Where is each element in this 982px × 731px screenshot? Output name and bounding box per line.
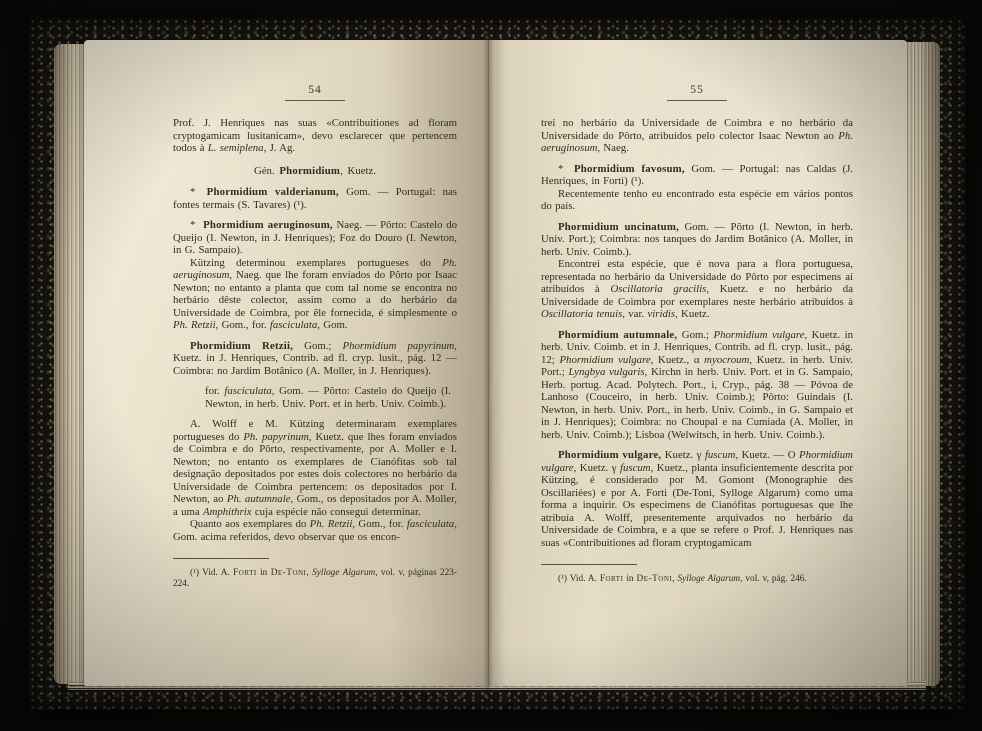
text-segment: Phormidium vulgare bbox=[714, 329, 805, 341]
page-body-left: Prof. J. Henriques nas suas «Contribuiti… bbox=[173, 117, 457, 543]
species-entry: * Phormidium aeruginosum, Naeg. — Pôrto:… bbox=[173, 219, 457, 257]
text-segment: Gom.; bbox=[677, 329, 713, 341]
text-segment: Phormidium autumnale, bbox=[558, 329, 677, 341]
text-segment: Phormidium favosum, bbox=[574, 163, 685, 175]
text-segment: cuja espécie não consegui determinar. bbox=[252, 506, 421, 518]
page-left-content: 54 Prof. J. Henriques nas suas «Contribu… bbox=[173, 80, 457, 590]
species-entry: Phormidium Retzii, Gom.; Phormidium papy… bbox=[173, 340, 457, 378]
page-left: 54 Prof. J. Henriques nas suas «Contribu… bbox=[84, 40, 488, 686]
text-segment: Sylloge Algarum bbox=[312, 568, 375, 578]
text-segment: Ph. autumnale bbox=[227, 493, 291, 505]
asterisk-marker: * bbox=[558, 163, 574, 175]
text-segment: fasciculata bbox=[224, 385, 271, 397]
page-number-left: 54 bbox=[285, 84, 345, 101]
asterisk-marker: * bbox=[190, 219, 203, 231]
text-segment: (¹) Vid. A. bbox=[190, 568, 233, 578]
text-continuation: Prof. J. Henriques nas suas «Contribuiti… bbox=[173, 117, 457, 155]
text-paragraph: Quanto aos exemplares do Ph. Retzii, Gom… bbox=[173, 518, 457, 543]
text-segment: L. semiplena bbox=[208, 142, 264, 154]
text-segment: Phormidium Retzii, bbox=[190, 340, 293, 352]
text-segment: Amphithrix bbox=[203, 506, 252, 518]
text-segment: De-Toni bbox=[271, 568, 307, 578]
text-segment: fuscum bbox=[705, 449, 736, 461]
page-block: 54 Prof. J. Henriques nas suas «Contribu… bbox=[54, 38, 940, 690]
text-segment: Phormidium valderianum, bbox=[207, 186, 339, 198]
text-segment: Quanto aos exemplares do bbox=[190, 518, 310, 530]
text-segment: Oscillatoria gracilis bbox=[610, 283, 706, 295]
text-segment: , J. Ag. bbox=[264, 142, 296, 154]
page-edges-left bbox=[54, 44, 88, 684]
open-book: 54 Prof. J. Henriques nas suas «Contribu… bbox=[28, 18, 966, 710]
text-segment: in bbox=[257, 568, 271, 578]
footnote-left: (¹) Vid. A. Forti in De-Toni, Sylloge Al… bbox=[173, 568, 457, 590]
species-entry: Phormidium uncinatum, Gom. — Pôrto (I. N… bbox=[541, 221, 853, 259]
text-segment: Recentemente tenho eu encontrado esta es… bbox=[541, 188, 853, 213]
text-segment: , vol. v, pág. 246. bbox=[740, 574, 807, 584]
text-segment: , Gom., for. bbox=[352, 518, 407, 530]
text-segment: in bbox=[623, 574, 636, 584]
text-segment: Ph. Retzii bbox=[310, 518, 353, 530]
text-segment: Phormidium uncinatum, bbox=[558, 221, 679, 233]
page-body-right: trei no herbário da Universidade de Coim… bbox=[541, 117, 853, 549]
page-edges-fore bbox=[906, 42, 940, 686]
text-paragraph: Recentemente tenho eu encontrado esta es… bbox=[541, 188, 853, 213]
text-segment: , Kuetz. γ bbox=[574, 462, 620, 474]
text-paragraph: Kützing determinou exemplares portuguese… bbox=[173, 257, 457, 332]
species-entry: Phormidium vulgare, Kuetz. γ fuscum, Kue… bbox=[541, 449, 853, 549]
asterisk-marker: * bbox=[190, 186, 207, 198]
text-segment: , Naeg. bbox=[597, 142, 628, 154]
text-segment: Gom.; bbox=[293, 340, 342, 352]
text-segment: Kützing determinou exemplares portuguese… bbox=[190, 257, 442, 269]
text-segment: Sylloge Algarum bbox=[677, 574, 740, 584]
text-continuation: trei no herbário da Universidade de Coim… bbox=[541, 117, 853, 155]
text-segment: Lyngbya vulgaris bbox=[568, 366, 644, 378]
page-number-right: 55 bbox=[667, 84, 727, 101]
text-segment: myocroum bbox=[704, 354, 749, 366]
text-segment: , Kuetz. bbox=[675, 308, 709, 320]
text-segment: (¹) Vid. A. bbox=[558, 574, 600, 584]
text-segment: fuscum bbox=[620, 462, 651, 474]
text-heading: Gén. Phormidium, Kuetz. bbox=[173, 165, 457, 178]
text-segment: Phormidium papyrinum bbox=[342, 340, 454, 352]
text-segment: trei no herbário da Universidade de Coim… bbox=[541, 117, 853, 142]
text-segment: , Kuetz., α bbox=[651, 354, 704, 366]
page-right-content: 55 trei no herbário da Universidade de C… bbox=[541, 80, 853, 585]
species-entry: Phormidium autumnale, Gom.; Phormidium v… bbox=[541, 329, 853, 442]
text-segment: , Kuetz. — O bbox=[735, 449, 799, 461]
photo-background: 54 Prof. J. Henriques nas suas «Contribu… bbox=[0, 0, 982, 731]
species-entry: * Phormidium favosum, Gom. — Portugal: n… bbox=[541, 163, 853, 188]
text-segment: Forti bbox=[233, 568, 257, 578]
page-right: 55 trei no herbário da Universidade de C… bbox=[488, 40, 907, 686]
text-segment: Ph. papyrinum bbox=[243, 431, 308, 443]
footnote-rule-left bbox=[173, 558, 269, 559]
text-segment: Ph. Retzii bbox=[173, 319, 216, 331]
text-segment: viridis bbox=[647, 308, 675, 320]
page-header-right: 55 bbox=[541, 80, 853, 101]
text-segment: , Kuetz., planta insuficientemente descr… bbox=[541, 462, 853, 549]
text-segment: Oscillatoria tenuis bbox=[541, 308, 622, 320]
text-segment: , Kuetz. bbox=[340, 165, 376, 177]
text-segment: , Gom. bbox=[317, 319, 347, 331]
footnote-right: (¹) Vid. A. Forti in De-Toni, Sylloge Al… bbox=[541, 574, 853, 585]
text-segment: Forti bbox=[600, 574, 624, 584]
text-segment: De-Toni bbox=[637, 574, 673, 584]
text-segment: fasciculata bbox=[270, 319, 317, 331]
text-segment: , var. bbox=[622, 308, 647, 320]
text-subentry: for. fasciculata, Gom. — Pôrto: Castelo … bbox=[205, 385, 451, 410]
text-segment: Phormidium vulgare bbox=[559, 354, 650, 366]
text-segment: Kuetz. γ bbox=[661, 449, 705, 461]
text-segment: Phormidium bbox=[279, 165, 340, 177]
text-segment: fasciculata bbox=[407, 518, 454, 530]
text-segment: for. bbox=[205, 385, 224, 397]
text-segment: Phormidium aeruginosum, bbox=[203, 219, 333, 231]
page-header-left: 54 bbox=[173, 80, 457, 101]
footnote-rule-right bbox=[541, 564, 637, 565]
text-segment: Gén. bbox=[254, 165, 279, 177]
text-segment: Phormidium vulgare, bbox=[558, 449, 661, 461]
text-segment: , Gom., for. bbox=[216, 319, 270, 331]
text-paragraph: Encontrei esta espécie, que é nova para … bbox=[541, 258, 853, 321]
text-paragraph: A. Wolff e M. Kützing determinaram exemp… bbox=[173, 418, 457, 518]
species-entry: * Phormidium valderianum, Gom. — Portuga… bbox=[173, 186, 457, 211]
